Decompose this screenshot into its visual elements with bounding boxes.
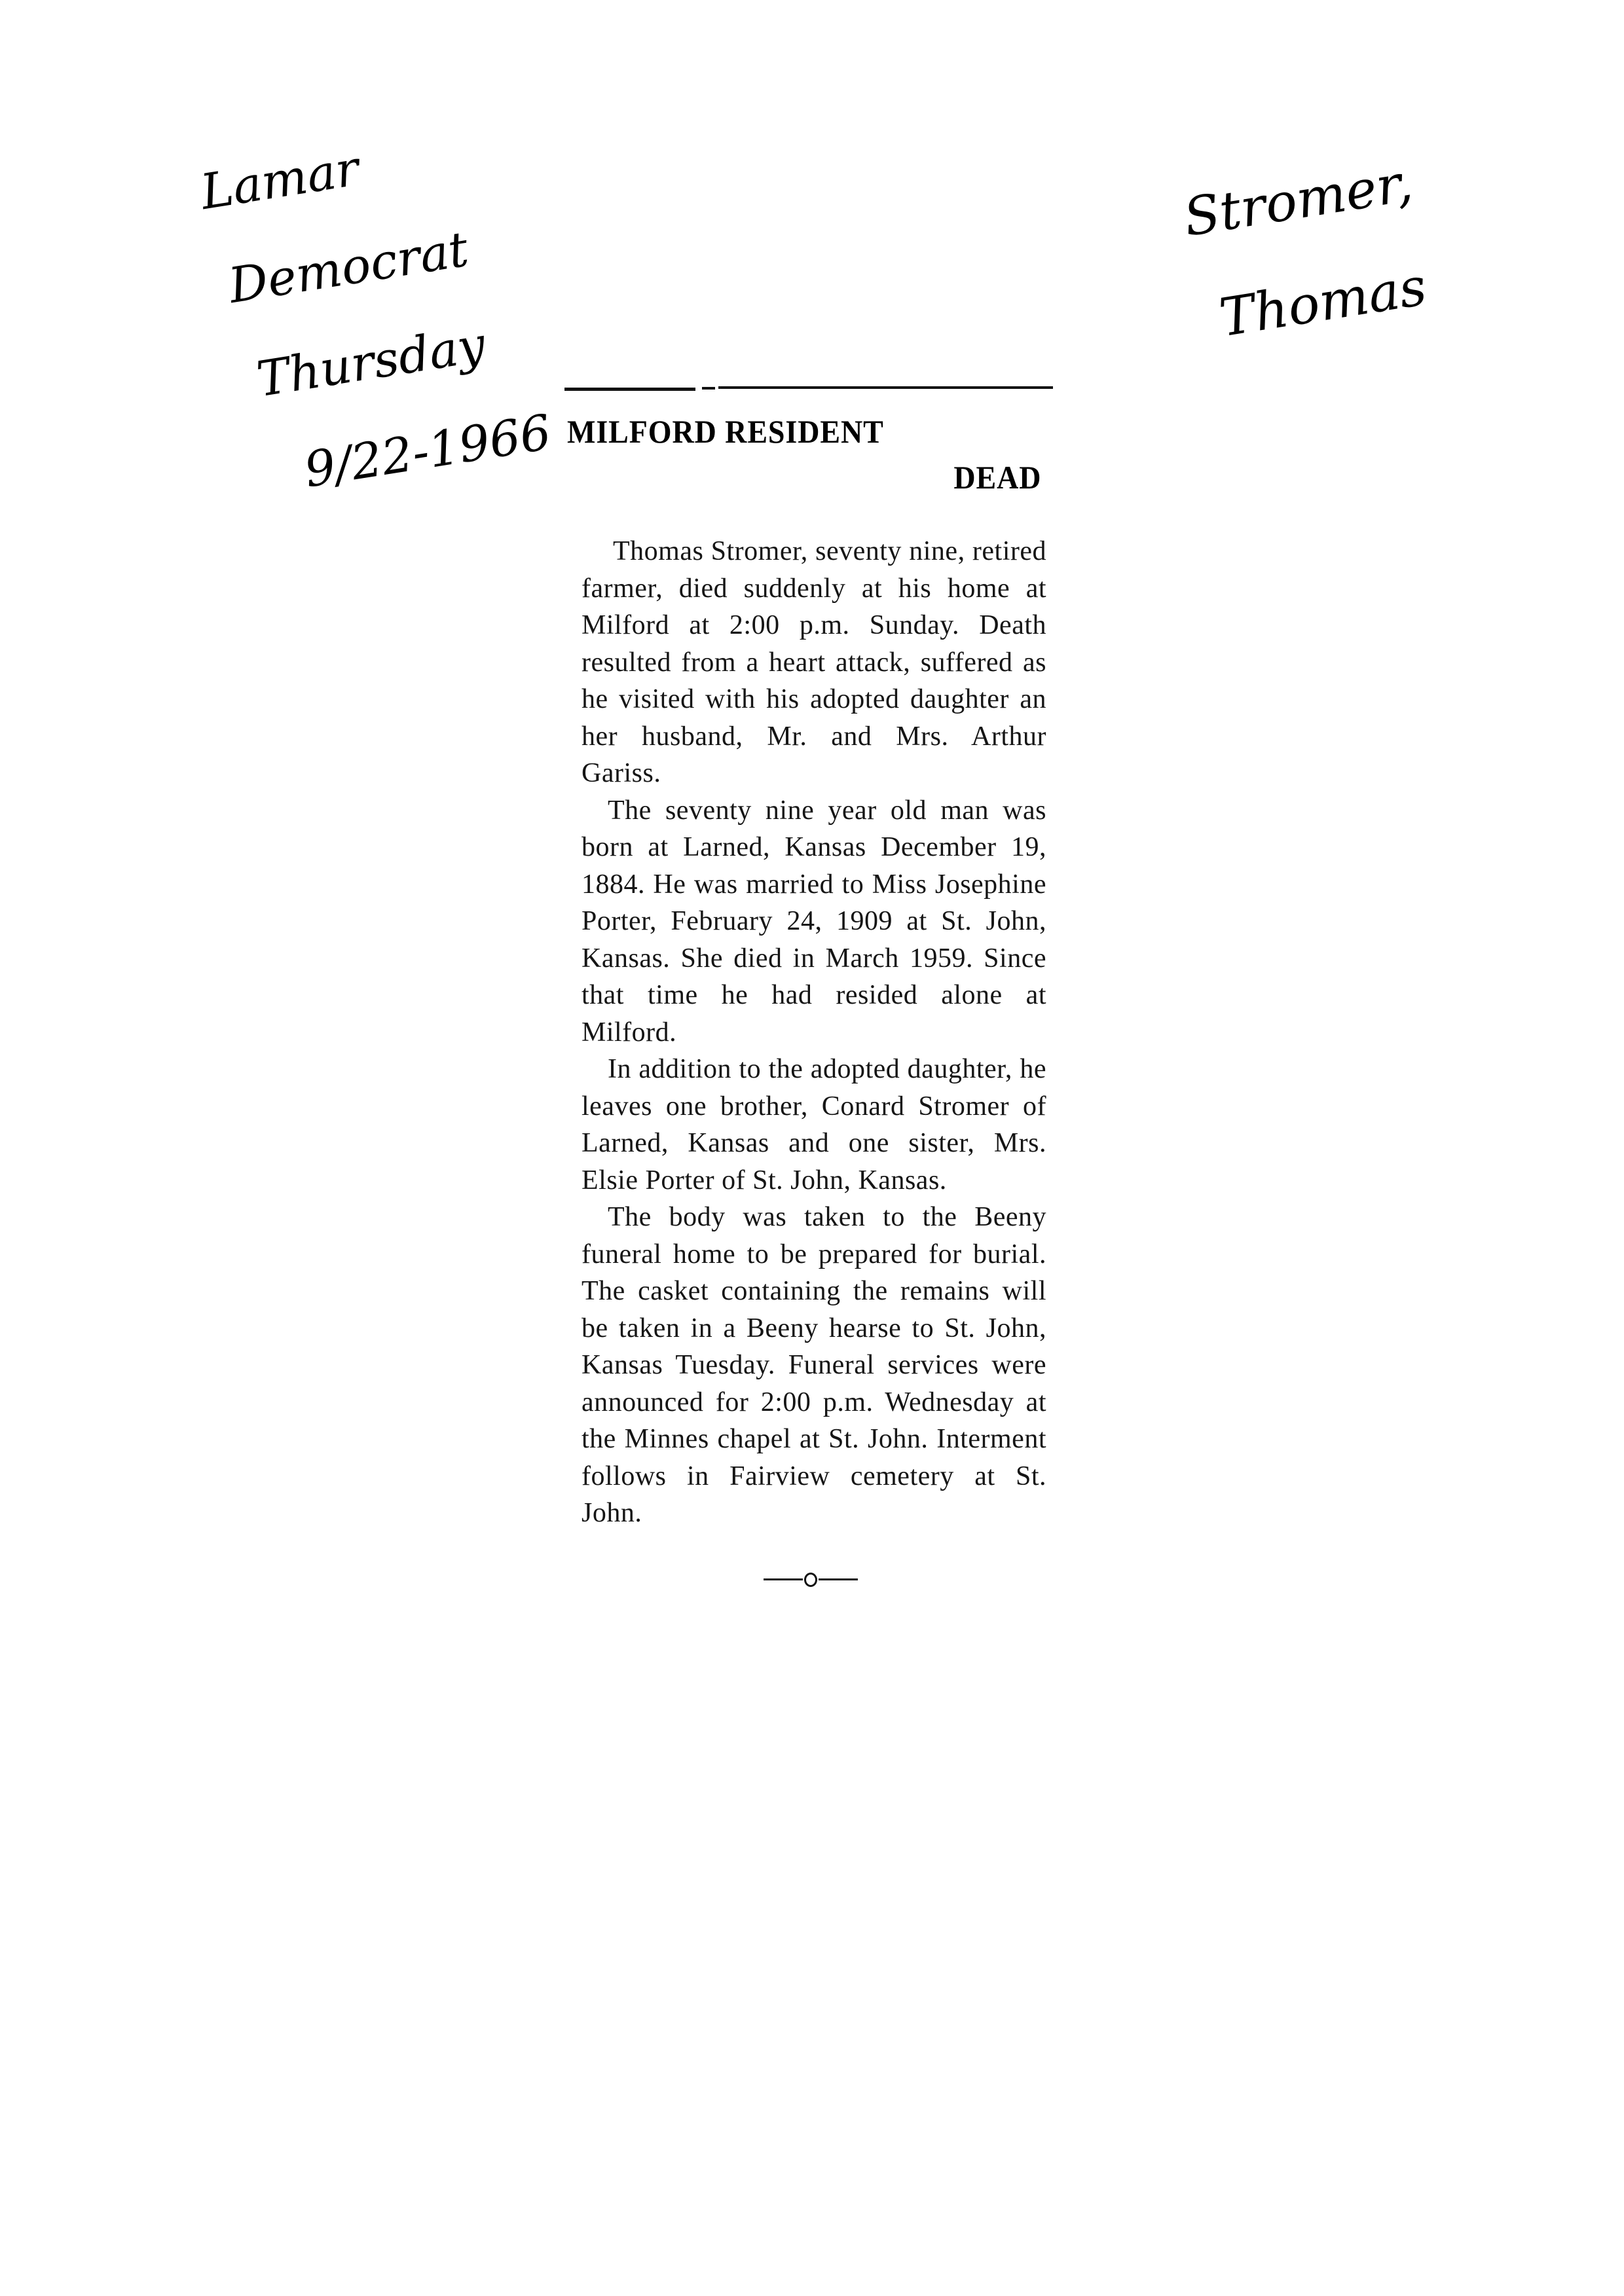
paragraph-biography: The seventy nine year old man was born a…	[581, 792, 1046, 1051]
paragraph-death: Thomas Stromer, seventy nine, retired fa…	[581, 533, 1046, 792]
note-weekday: Thursday	[253, 303, 597, 404]
paragraph-funeral: The body was taken to the Beeny funeral …	[581, 1199, 1046, 1532]
paragraph-survivors: In addition to the adopted daughter, he …	[581, 1051, 1046, 1199]
article-body: Thomas Stromer, seventy nine, retired fa…	[562, 533, 1060, 1532]
note-surname: Stromer,	[1181, 139, 1525, 244]
note-newspaper-name-2: Democrat	[225, 208, 582, 311]
note-newspaper-name-1: Lamar	[198, 111, 568, 217]
newspaper-clipping: MILFORD RESIDENT DEAD Thomas Stromer, se…	[562, 386, 1060, 1587]
handwritten-source-note: Lamar Democrat Thursday 9/22-1966	[190, 64, 620, 551]
end-mark-line-left	[764, 1578, 803, 1580]
headline-line-1: MILFORD RESIDENT	[567, 415, 1020, 448]
top-rule-divider	[564, 386, 1053, 390]
handwritten-name-note: Stromer, Thomas	[1172, 88, 1549, 399]
headline-line-2: DEAD	[602, 461, 1060, 494]
end-mark-line-right	[819, 1578, 858, 1580]
note-given-name: Thomas	[1216, 243, 1541, 345]
end-of-article-mark	[562, 1573, 1060, 1587]
end-mark-circle-icon	[804, 1573, 817, 1587]
